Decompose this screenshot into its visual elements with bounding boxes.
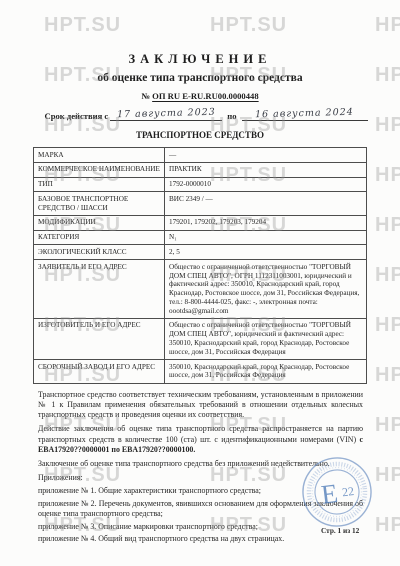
watermark-text: HPT.SU — [375, 514, 400, 537]
annex-item: приложение № 4. Общий вид транспортного … — [38, 534, 363, 544]
row-value: ВИС 2349 / — — [165, 192, 367, 216]
watermark-text: HPT.SU — [375, 464, 400, 487]
table-row: БАЗОВОЕ ТРАНСПОРТНОЕ СРЕДСТВО / ШАССИВИС… — [34, 192, 367, 216]
vehicle-spec-table: МАРКА— КОММЕРЧЕСКОЕ НАИМЕНОВАНИЕПРАКТИК … — [33, 147, 367, 384]
row-value: Общество с ограниченной ответственностью… — [165, 318, 367, 359]
validity-date-from: 17 августа 2023 — [117, 107, 216, 121]
conformity-paragraph: Транспортное средство соответствует техн… — [38, 390, 363, 421]
table-row: МОДИФИКАЦИИ179201, 179202, 179203, 17920… — [34, 215, 367, 230]
table-row: ТИП1792-0000010 — [34, 177, 367, 192]
validity-date-to-line: 16 августа 2024 — [242, 108, 368, 121]
watermark-text: HPT.SU — [375, 364, 400, 387]
row-value: 350010, Краснодарский край, город Красно… — [165, 360, 367, 384]
watermark-text: HPT.SU — [375, 414, 400, 437]
document-page: ЗАКЛЮЧЕНИЕ об оценке типа транспортного … — [0, 0, 400, 566]
table-row: МАРКА— — [34, 148, 367, 163]
row-value: ПРАКТИК — [165, 162, 367, 177]
row-label: ТИП — [34, 177, 165, 192]
document-number: № ОП RU E-RU.RU00.0000448 — [0, 91, 400, 101]
row-value: 179201, 179202, 179203, 179204 — [165, 215, 367, 230]
batch-paragraph-text: Действие заключения об оценке типа транс… — [38, 424, 363, 443]
validity-label-middle: по — [227, 111, 236, 121]
validity-date-from-line: 17 августа 2023 — [110, 108, 222, 121]
row-value: N₁ — [165, 230, 367, 245]
row-label: БАЗОВОЕ ТРАНСПОРТНОЕ СРЕДСТВО / ШАССИ — [34, 192, 165, 216]
document-subtitle: об оценке типа транспортного средства — [0, 72, 400, 84]
watermark-text: HPT.SU — [375, 264, 400, 287]
row-value: 1792-0000010 — [165, 177, 367, 192]
stamp-number: 22 — [341, 484, 355, 499]
table-row: ИЗГОТОВИТЕЛЬ И ЕГО АДРЕСОбщество с огран… — [34, 318, 367, 359]
row-label: КАТЕГОРИЯ — [34, 230, 165, 245]
row-label: КОММЕРЧЕСКОЕ НАИМЕНОВАНИЕ — [34, 162, 165, 177]
document-number-prefix: № — [141, 91, 152, 101]
watermark-text: HPT.SU — [375, 214, 400, 237]
batch-paragraph: Действие заключения об оценке типа транс… — [38, 424, 363, 455]
validity-date-to: 16 августа 2024 — [255, 107, 354, 121]
validity-period: Срок действия с 17 августа 2023 по 16 ав… — [0, 108, 400, 121]
watermark-text: HPT.SU — [375, 164, 400, 187]
row-label: ЭКОЛОГИЧЕСКИЙ КЛАСС — [34, 245, 165, 260]
stamp-letter: Е — [319, 478, 339, 510]
row-value: — — [165, 148, 367, 163]
page-indicator: Стр. 1 из 12 — [321, 526, 359, 535]
row-label: МОДИФИКАЦИИ — [34, 215, 165, 230]
watermark-text: HPT.SU — [375, 314, 400, 337]
watermark-text: HPT.SU — [44, 14, 121, 37]
table-row: КОММЕРЧЕСКОЕ НАИМЕНОВАНИЕПРАКТИК — [34, 162, 367, 177]
table-row: СБОРОЧНЫЙ ЗАВОД И ЕГО АДРЕС350010, Красн… — [34, 360, 367, 384]
row-value: 2, 5 — [165, 245, 367, 260]
certification-stamp-icon: Е 22 — [300, 455, 374, 529]
document-number-value: ОП RU E-RU.RU00.0000448 — [152, 91, 258, 101]
table-row: ЗАЯВИТЕЛЬ И ЕГО АДРЕСОбщество с ограниче… — [34, 260, 367, 319]
row-label: СБОРОЧНЫЙ ЗАВОД И ЕГО АДРЕС — [34, 360, 165, 384]
watermark-text: HPT.SU — [210, 14, 287, 37]
row-label: ЗАЯВИТЕЛЬ И ЕГО АДРЕС — [34, 260, 165, 319]
document-title: ЗАКЛЮЧЕНИЕ — [0, 52, 400, 67]
validity-label: Срок действия с — [45, 111, 109, 121]
table-row: ЭКОЛОГИЧЕСКИЙ КЛАСС2, 5 — [34, 245, 367, 260]
row-value: Общество с ограниченной ответственностью… — [165, 260, 367, 319]
row-label: ИЗГОТОВИТЕЛЬ И ЕГО АДРЕС — [34, 318, 165, 359]
row-label: МАРКА — [34, 148, 165, 163]
table-row: КАТЕГОРИЯN₁ — [34, 230, 367, 245]
section-title-vehicle: ТРАНСПОРТНОЕ СРЕДСТВО — [0, 130, 400, 140]
watermark-text: HPT.SU — [375, 14, 400, 37]
